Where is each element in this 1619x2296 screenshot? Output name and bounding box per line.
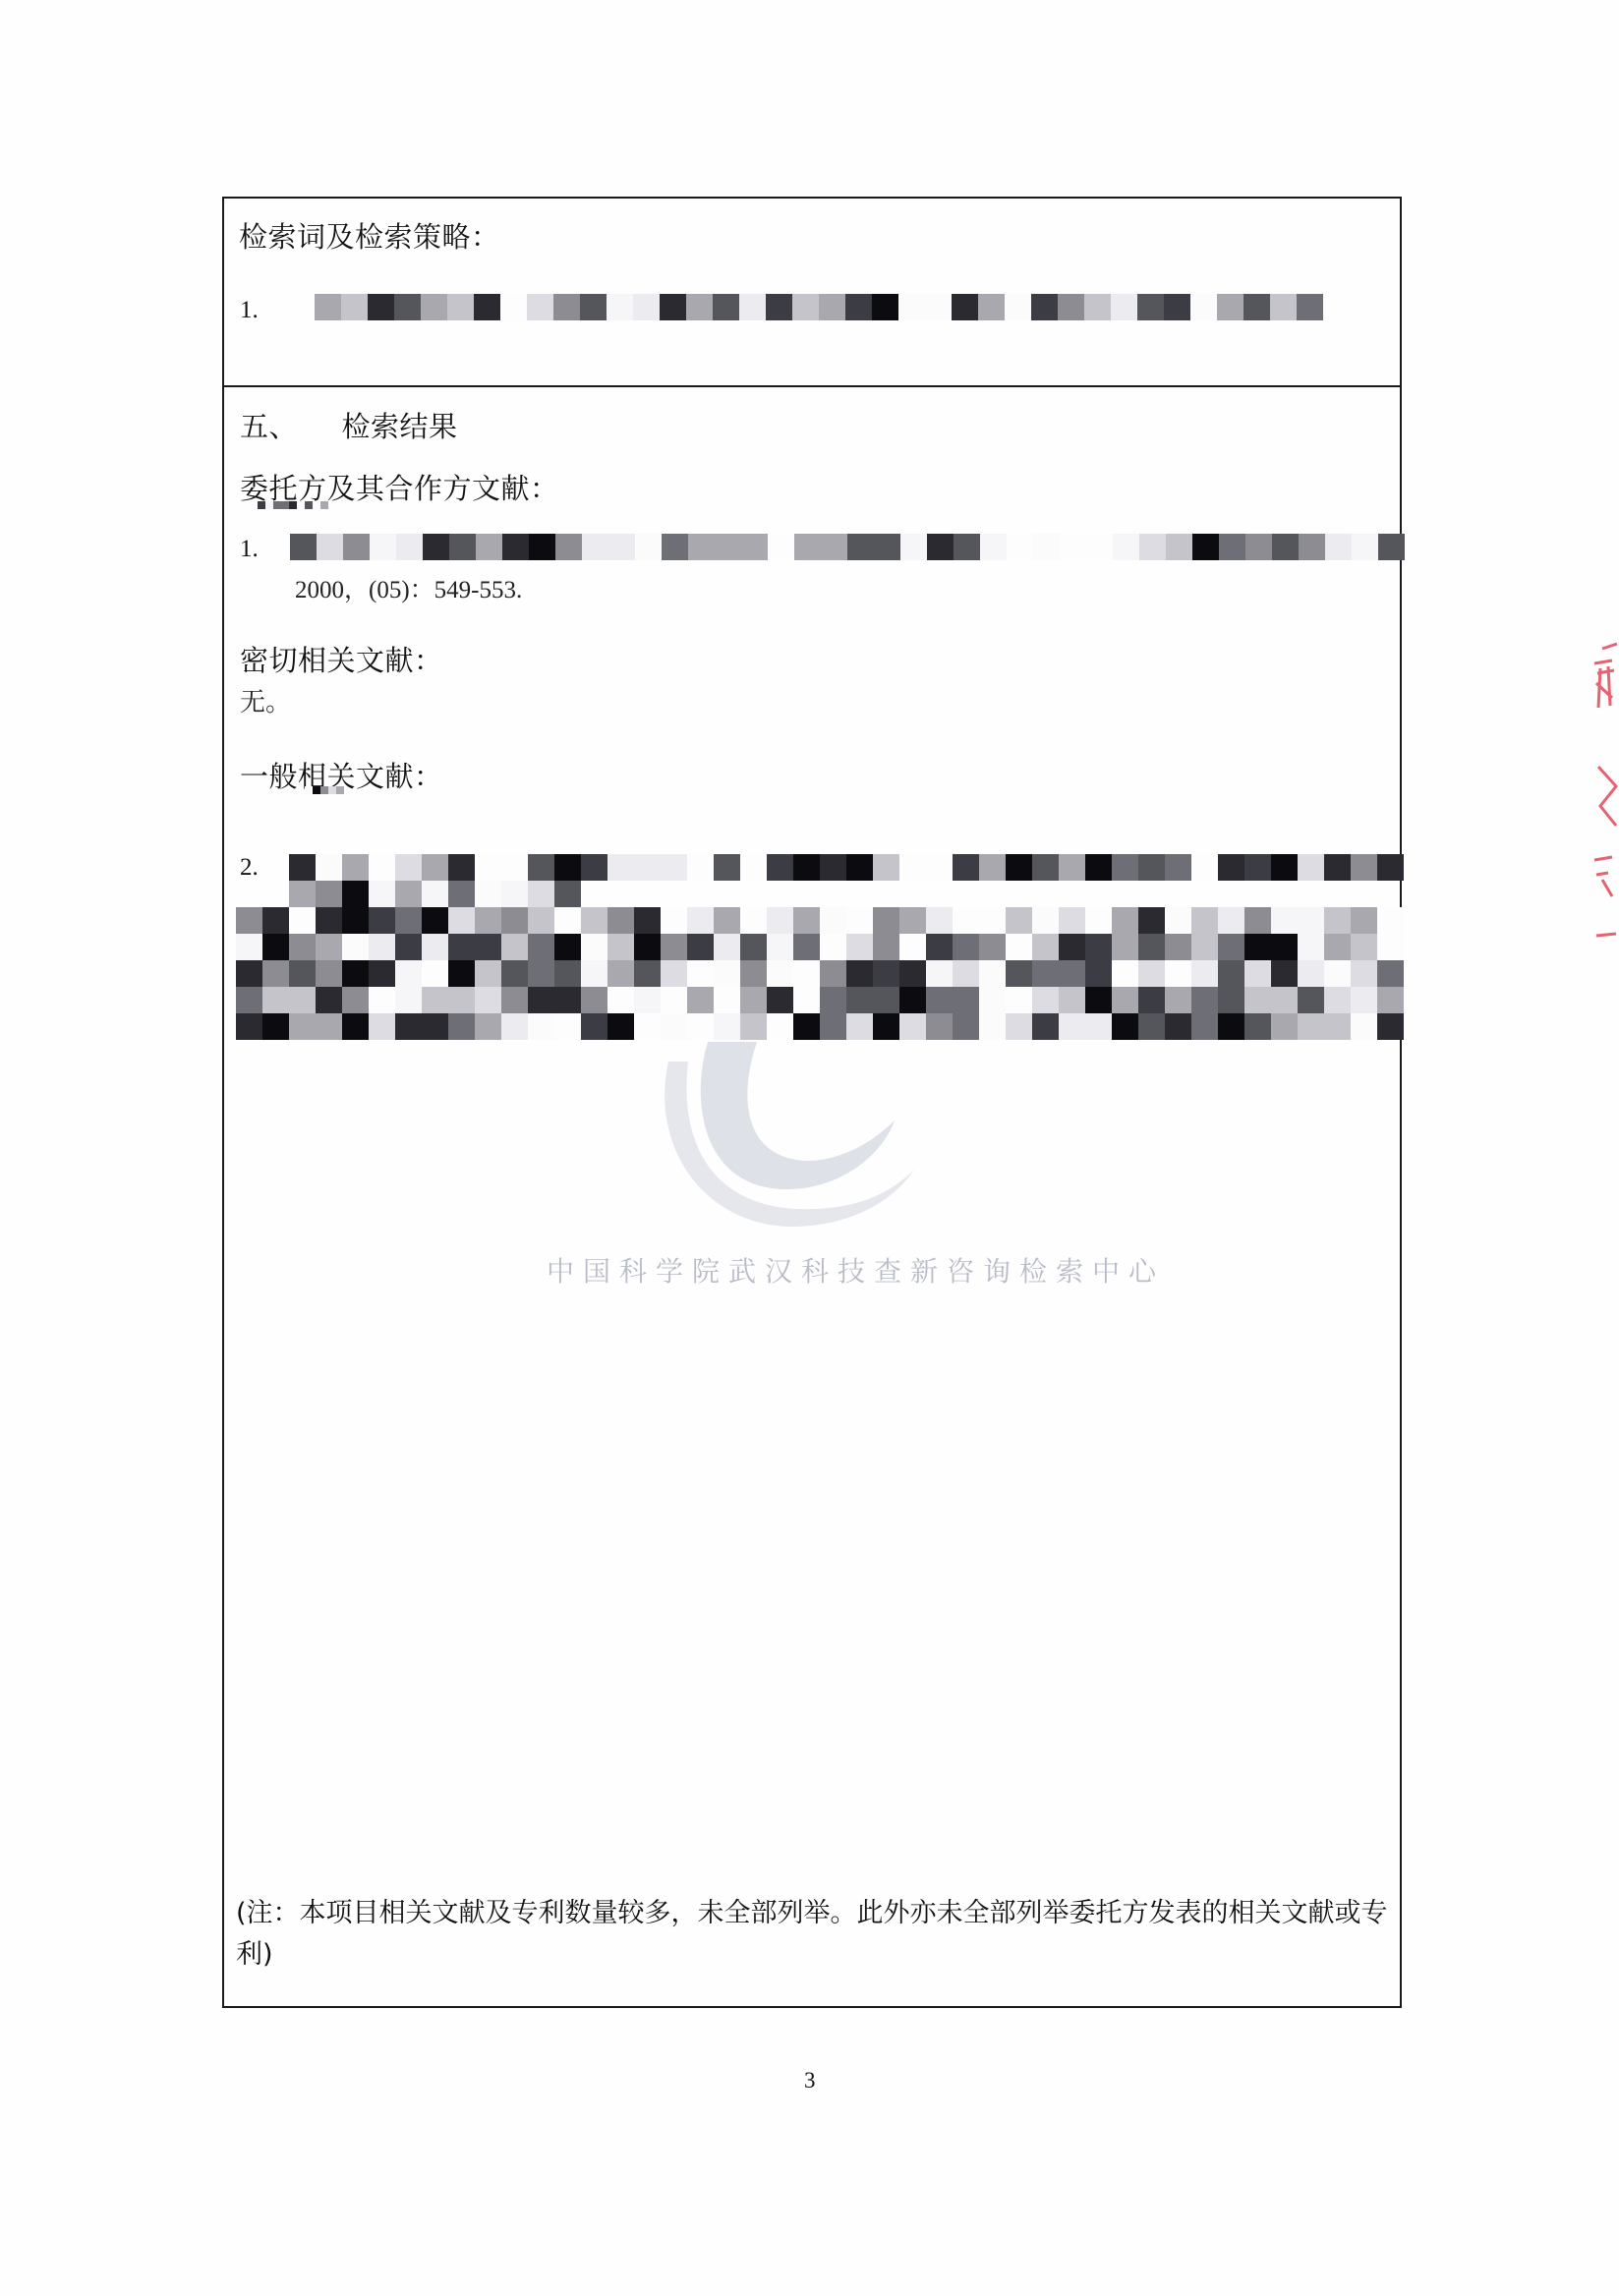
redaction-cell xyxy=(501,960,528,987)
redaction-cell xyxy=(740,934,767,960)
redaction-cell xyxy=(687,934,714,960)
redaction-cell xyxy=(767,960,793,987)
redaction-cell xyxy=(634,907,661,934)
redaction-cell xyxy=(1324,987,1351,1013)
redaction-cell xyxy=(236,934,262,960)
redaction-cell xyxy=(236,907,262,934)
redaction-cell xyxy=(926,854,953,881)
redaction-cell xyxy=(582,534,608,560)
redaction-cell xyxy=(1297,294,1323,320)
redaction-cell xyxy=(926,934,953,960)
redaction-cell xyxy=(369,960,395,987)
redaction-cell xyxy=(1324,854,1351,881)
redaction-cell xyxy=(1219,534,1245,560)
redaction-cell xyxy=(289,881,316,907)
redaction-cell xyxy=(1006,987,1032,1013)
redaction-cell xyxy=(953,881,979,907)
redaction-cell xyxy=(1059,854,1085,881)
redaction-cell xyxy=(336,786,344,794)
redaction-cell xyxy=(899,854,926,881)
redaction-cell xyxy=(1006,934,1032,960)
redaction-cell xyxy=(1138,854,1165,881)
redaction-cell xyxy=(1351,854,1377,881)
client-doc-continuation: 2000，(05)：549-553. xyxy=(295,570,522,605)
redaction-cell xyxy=(369,987,395,1013)
redaction-cell xyxy=(607,907,634,934)
redacted-client-doc xyxy=(290,534,1405,560)
redaction-cell xyxy=(1298,854,1324,881)
redaction-cell xyxy=(1006,907,1032,934)
redaction-cell xyxy=(1217,294,1243,320)
redaction-cell xyxy=(1351,1013,1377,1040)
redaction-cell xyxy=(925,294,952,320)
redaction-cell xyxy=(305,501,313,509)
redaction-cell xyxy=(767,987,793,1013)
redaction-cell xyxy=(900,534,927,560)
redaction-cell xyxy=(447,294,474,320)
search-terms-heading: 检索词及检索策略： xyxy=(239,215,500,256)
redaction-cell xyxy=(634,987,661,1013)
redaction-cell xyxy=(581,881,607,907)
page-number: 3 xyxy=(804,2068,816,2094)
redaction-cell xyxy=(369,934,395,960)
redaction-cell xyxy=(768,534,794,560)
redaction-cell xyxy=(979,1013,1006,1040)
redaction-cell xyxy=(1351,934,1377,960)
redaction-cell xyxy=(793,987,820,1013)
section-divider xyxy=(222,385,1402,387)
redaction-cell xyxy=(1377,960,1404,987)
redaction-cell xyxy=(793,960,820,987)
redaction-cell xyxy=(1138,934,1165,960)
redaction-cell xyxy=(714,881,740,907)
redaction-cell xyxy=(714,1013,740,1040)
redaction-cell xyxy=(1191,960,1218,987)
redaction-cell xyxy=(662,534,688,560)
redaction-cell xyxy=(1032,987,1059,1013)
redaction-cell xyxy=(899,881,926,907)
redaction-cell xyxy=(316,987,342,1013)
redaction-cell xyxy=(687,960,714,987)
redaction-cell xyxy=(687,1013,714,1040)
redaction-cell xyxy=(740,1013,767,1040)
redaction-cell xyxy=(899,1013,926,1040)
redaction-cell xyxy=(1351,907,1377,934)
redaction-cell xyxy=(1086,534,1113,560)
closely-related-value: 无。 xyxy=(240,682,291,718)
redaction-cell xyxy=(1377,907,1404,934)
redaction-cell xyxy=(369,907,395,934)
redaction-cell xyxy=(289,987,316,1013)
redaction-cell xyxy=(1299,534,1325,560)
redaction-cell xyxy=(554,907,581,934)
redaction-cell xyxy=(1191,854,1218,881)
redaction-cell xyxy=(873,907,899,934)
redaction-cell xyxy=(369,881,395,907)
redaction-cell xyxy=(687,987,714,1013)
redaction-cell xyxy=(686,294,713,320)
redaction-cell xyxy=(634,881,661,907)
redaction-cell xyxy=(1244,854,1271,881)
redaction-cell xyxy=(1218,934,1244,960)
redaction-cell xyxy=(289,1013,316,1040)
redaction-cell xyxy=(846,854,873,881)
redaction-cell xyxy=(634,934,661,960)
redaction-cell xyxy=(1191,987,1218,1013)
redaction-cell xyxy=(953,854,979,881)
redaction-cell xyxy=(1351,960,1377,987)
redaction-cell xyxy=(421,294,447,320)
redaction-cell xyxy=(979,960,1006,987)
redaction-cell xyxy=(395,907,422,934)
redaction-cell xyxy=(661,1013,687,1040)
redaction-cell xyxy=(580,294,607,320)
redaction-cell xyxy=(1324,960,1351,987)
redaction-cell xyxy=(448,854,475,881)
redaction-cell xyxy=(475,1013,501,1040)
redaction-cell xyxy=(1325,534,1352,560)
redaction-cell xyxy=(607,934,634,960)
redaction-cell xyxy=(952,294,978,320)
redaction-cell xyxy=(1138,987,1165,1013)
redaction-cell xyxy=(289,854,316,881)
redaction-cell xyxy=(1165,960,1191,987)
redaction-cell xyxy=(317,534,343,560)
redaction-cell xyxy=(528,907,554,934)
red-seal-stamp-icon xyxy=(1573,590,1619,944)
redaction-cell xyxy=(501,934,528,960)
redaction-cell xyxy=(1272,534,1299,560)
redaction-cell xyxy=(767,1013,793,1040)
redaction-cell xyxy=(608,534,635,560)
redaction-cell xyxy=(581,987,607,1013)
redaction-cell xyxy=(1112,934,1138,960)
redaction-cell xyxy=(342,907,369,934)
redaction-cell xyxy=(1352,534,1378,560)
redaction-cell xyxy=(501,1013,528,1040)
redaction-cell xyxy=(1165,987,1191,1013)
redaction-cell xyxy=(767,907,793,934)
redaction-cell xyxy=(422,854,448,881)
redaction-cell xyxy=(1032,960,1059,987)
redaction-cell xyxy=(236,960,262,987)
redaction-cell xyxy=(1111,294,1137,320)
redaction-cell xyxy=(1059,1013,1085,1040)
redaction-cell xyxy=(714,987,740,1013)
redaction-cell xyxy=(1085,934,1112,960)
redaction-cell xyxy=(316,854,342,881)
redaction-cell xyxy=(792,294,819,320)
redaction-cell xyxy=(687,881,714,907)
redaction-cell xyxy=(289,907,316,934)
redaction-cell xyxy=(236,987,262,1013)
redaction-cell xyxy=(262,1013,289,1040)
redaction-cell xyxy=(979,907,1006,934)
redaction-cell xyxy=(873,881,899,907)
redaction-cell xyxy=(607,987,634,1013)
redaction-cell xyxy=(1112,854,1138,881)
redaction-cell xyxy=(1218,1013,1244,1040)
redaction-cell xyxy=(767,934,793,960)
redaction-cell xyxy=(1271,854,1298,881)
redaction-cell xyxy=(1218,881,1244,907)
redaction-cell xyxy=(821,534,847,560)
redaction-cell xyxy=(342,1013,369,1040)
redaction-cell xyxy=(873,987,899,1013)
redaction-cell xyxy=(316,1013,342,1040)
footnote: (注：本项目相关文献及专利数量较多，未全部列举。此外亦未全部列举委托方发表的相关… xyxy=(236,1893,1396,1976)
redaction-cell xyxy=(1190,294,1217,320)
redaction-cell xyxy=(899,987,926,1013)
redaction-cell xyxy=(448,934,475,960)
redaction-cell xyxy=(320,786,328,794)
redaction-cell xyxy=(528,960,554,987)
redaction-cell xyxy=(1032,881,1059,907)
redaction-cell xyxy=(661,934,687,960)
redaction-cell xyxy=(422,934,448,960)
redaction-cell xyxy=(979,934,1006,960)
redaction-cell xyxy=(262,907,289,934)
redaction-cell xyxy=(1032,934,1059,960)
redaction-cell xyxy=(1324,907,1351,934)
redaction-cell xyxy=(953,987,979,1013)
redaction-cell xyxy=(793,854,820,881)
redaction-cell xyxy=(1112,881,1138,907)
redaction-cell xyxy=(1164,294,1190,320)
redaction-cell xyxy=(607,854,634,881)
redaction-cell xyxy=(874,534,900,560)
redaction-cell xyxy=(634,1013,661,1040)
redaction-cell xyxy=(980,534,1007,560)
redaction-cell xyxy=(1165,854,1191,881)
redaction-cell xyxy=(236,881,262,907)
redaction-cell xyxy=(1139,534,1166,560)
redaction-cell xyxy=(740,907,767,934)
redaction-cell xyxy=(1137,294,1164,320)
redaction-cell xyxy=(873,934,899,960)
redaction-cell xyxy=(394,294,421,320)
redaction-cell xyxy=(926,881,953,907)
redaction-cell xyxy=(766,294,792,320)
redaction-cell xyxy=(316,907,342,934)
redaction-cell xyxy=(687,907,714,934)
redaction-cell xyxy=(315,294,341,320)
document-page: 中国科学院武汉科技查新咨询检索中心 检索词及检索策略： 1. 五、 检索结果 委… xyxy=(0,0,1619,2296)
redaction-cell xyxy=(1032,907,1059,934)
redaction-cell xyxy=(1032,854,1059,881)
redaction-cell xyxy=(422,881,448,907)
redaction-cell xyxy=(1298,881,1324,907)
redaction-cell xyxy=(1351,881,1377,907)
redaction-cell xyxy=(846,987,873,1013)
redaction-cell xyxy=(1085,960,1112,987)
redaction-cell xyxy=(607,1013,634,1040)
redaction-cell xyxy=(395,881,422,907)
redaction-cell xyxy=(1059,907,1085,934)
redaction-cell xyxy=(953,934,979,960)
redaction-cell xyxy=(395,1013,422,1040)
redaction-cell xyxy=(281,501,289,509)
redaction-cell xyxy=(581,934,607,960)
redaction-cell xyxy=(265,501,273,509)
redaction-cell xyxy=(873,854,899,881)
redaction-cell xyxy=(236,1013,262,1040)
redaction-cell xyxy=(581,1013,607,1040)
client-doc-number: 1. xyxy=(240,536,259,563)
redaction-cell xyxy=(1324,1013,1351,1040)
redaction-cell xyxy=(1377,854,1404,881)
redaction-cell xyxy=(740,987,767,1013)
redaction-cell xyxy=(1298,960,1324,987)
redaction-cell xyxy=(661,960,687,987)
redaction-cell xyxy=(1085,1013,1112,1040)
redaction-cell xyxy=(501,854,528,881)
redaction-cell xyxy=(316,960,342,987)
redaction-cell xyxy=(1377,934,1404,960)
redaction-cell xyxy=(529,534,555,560)
redaction-cell xyxy=(1324,881,1351,907)
redaction-cell xyxy=(1138,1013,1165,1040)
redaction-cell xyxy=(1006,881,1032,907)
redaction-cell xyxy=(395,960,422,987)
redaction-cell xyxy=(820,854,846,881)
redaction-cell xyxy=(820,960,846,987)
redaction-cell xyxy=(978,294,1005,320)
redaction-cell xyxy=(475,907,501,934)
redaction-cell xyxy=(1218,907,1244,934)
redaction-cell xyxy=(501,881,528,907)
redaction-cell xyxy=(448,881,475,907)
search-term-number: 1. xyxy=(240,297,259,324)
redaction-cell xyxy=(313,786,320,794)
redaction-cell xyxy=(342,960,369,987)
redaction-cell xyxy=(368,294,394,320)
redaction-cell xyxy=(1006,960,1032,987)
redaction-cell xyxy=(1059,960,1085,987)
redaction-cell xyxy=(1032,1013,1059,1040)
redaction-cell xyxy=(953,960,979,987)
redaction-cell xyxy=(714,907,740,934)
section-five-heading: 五、 检索结果 xyxy=(240,405,458,445)
redaction-cell xyxy=(395,854,422,881)
redaction-cell xyxy=(1112,987,1138,1013)
redaction-cell xyxy=(740,854,767,881)
redaction-cell xyxy=(979,854,1006,881)
redaction-cell xyxy=(1165,934,1191,960)
redaction-cell xyxy=(554,854,581,881)
redaction-cell xyxy=(290,534,317,560)
redaction-cell xyxy=(687,854,714,881)
redaction-cell xyxy=(634,854,661,881)
redaction-cell xyxy=(714,854,740,881)
redaction-cell xyxy=(926,1013,953,1040)
redacted-heading-underline xyxy=(305,786,344,794)
redaction-cell xyxy=(1006,854,1032,881)
redaction-cell xyxy=(476,534,502,560)
redaction-cell xyxy=(660,294,686,320)
redaction-cell xyxy=(899,960,926,987)
redaction-cell xyxy=(873,1013,899,1040)
redaction-cell xyxy=(475,854,501,881)
redaction-cell xyxy=(1113,534,1139,560)
redaction-cell xyxy=(316,881,342,907)
redaction-cell xyxy=(926,960,953,987)
redaction-cell xyxy=(313,501,320,509)
redaction-cell xyxy=(528,934,554,960)
redaction-cell xyxy=(899,934,926,960)
redaction-cell xyxy=(1191,1013,1218,1040)
redaction-cell xyxy=(1059,881,1085,907)
redaction-cell xyxy=(898,294,925,320)
redaction-cell xyxy=(369,1013,395,1040)
redaction-cell xyxy=(262,881,289,907)
redaction-cell xyxy=(422,907,448,934)
redaction-cell xyxy=(342,987,369,1013)
redaction-cell xyxy=(1085,907,1112,934)
redaction-cell xyxy=(846,960,873,987)
redaction-cell xyxy=(1377,881,1404,907)
redaction-cell xyxy=(501,907,528,934)
redaction-cell xyxy=(1191,907,1218,934)
redaction-cell xyxy=(713,294,739,320)
redaction-cell xyxy=(927,534,954,560)
closely-related-heading: 密切相关文献： xyxy=(240,639,443,679)
redaction-cell xyxy=(767,854,793,881)
redaction-cell xyxy=(1271,934,1298,960)
redaction-cell xyxy=(554,960,581,987)
redaction-cell xyxy=(262,960,289,987)
redaction-cell xyxy=(1271,907,1298,934)
redaction-cell xyxy=(607,881,634,907)
redaction-cell xyxy=(846,934,873,960)
redaction-cell xyxy=(1270,294,1297,320)
redaction-cell xyxy=(820,934,846,960)
redaction-cell xyxy=(740,960,767,987)
redaction-cell xyxy=(634,960,661,987)
redaction-cell xyxy=(767,881,793,907)
redaction-cell xyxy=(1271,960,1298,987)
redaction-cell xyxy=(820,1013,846,1040)
redaction-cell xyxy=(554,881,581,907)
redaction-cell xyxy=(448,907,475,934)
redaction-cell xyxy=(528,987,554,1013)
redaction-cell xyxy=(793,934,820,960)
redaction-cell xyxy=(1298,907,1324,934)
redaction-cell xyxy=(555,534,582,560)
redaction-cell xyxy=(262,987,289,1013)
redaction-cell xyxy=(739,294,766,320)
redaction-cell xyxy=(1298,987,1324,1013)
redaction-cell xyxy=(289,934,316,960)
redaction-cell xyxy=(1165,1013,1191,1040)
redaction-cell xyxy=(502,534,529,560)
redaction-cell xyxy=(581,907,607,934)
redaction-cell xyxy=(316,934,342,960)
redaction-cell xyxy=(979,881,1006,907)
redaction-cell xyxy=(341,294,368,320)
redaction-cell xyxy=(1377,987,1404,1013)
redaction-cell xyxy=(979,987,1006,1013)
redaction-cell xyxy=(501,987,528,1013)
redaction-cell xyxy=(342,934,369,960)
redaction-cell xyxy=(475,934,501,960)
redaction-cell xyxy=(328,786,336,794)
redaction-cell xyxy=(1007,534,1033,560)
redaction-cell xyxy=(741,534,768,560)
redaction-cell xyxy=(953,1013,979,1040)
redaction-cell xyxy=(475,881,501,907)
redaction-cell xyxy=(793,881,820,907)
